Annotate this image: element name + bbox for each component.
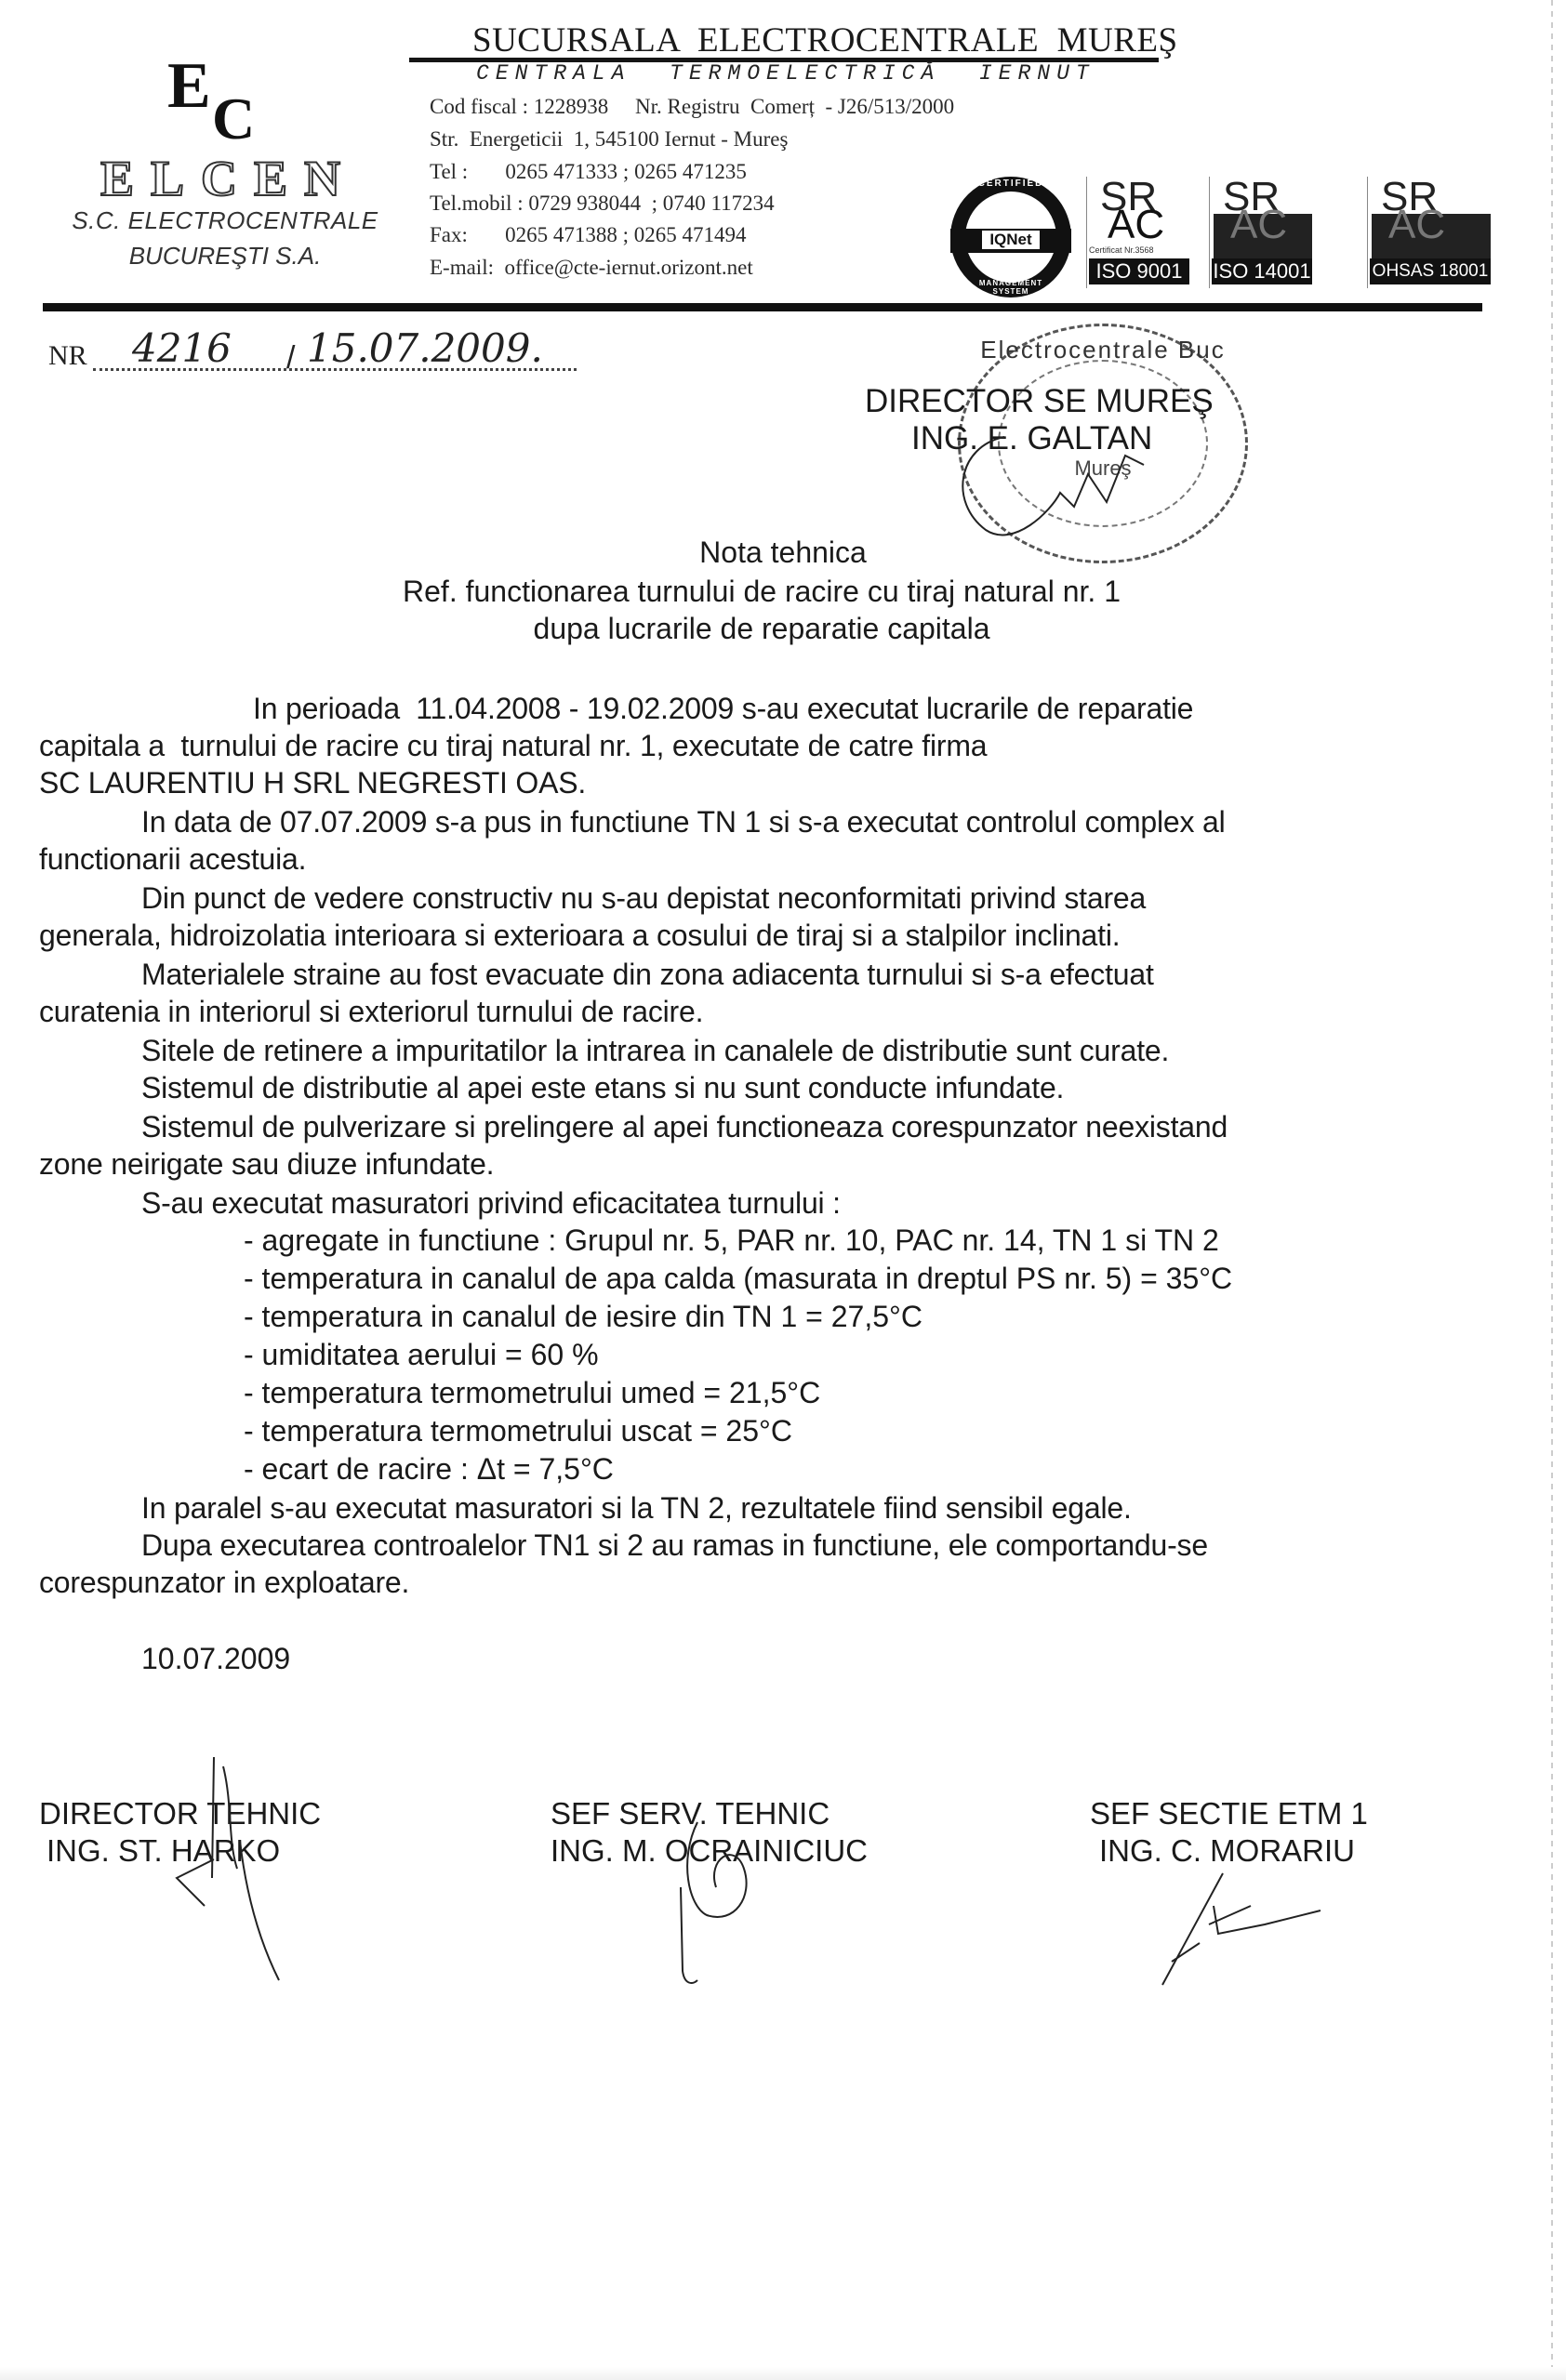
cert-number: Certificat Nr.3568: [1089, 245, 1154, 255]
paragraph-line: S-au executat masuratori privind eficaci…: [39, 1184, 1536, 1223]
cert-badge-iso14001: SR AC ISO 14001: [1209, 177, 1312, 288]
signature-morariu-icon: [1153, 1869, 1358, 1990]
paragraph-line: SC LAURENTIU H SRL NEGRESTI OAS.: [39, 764, 1434, 802]
document-subject-line2: dupa lucrarile de reparatie capitala: [0, 612, 1482, 646]
signature-harko-icon: [158, 1748, 325, 1990]
paragraph-line: curatenia in interiorul si exteriorul tu…: [39, 993, 1434, 1031]
paragraph-line: In paralel s-au executat masuratori si l…: [39, 1489, 1536, 1527]
signatory-name: ING. ST. HARKO: [46, 1833, 280, 1869]
measurement-item: - temperatura termometrului uscat = 25°C: [244, 1412, 792, 1450]
signature-ocrainiciuc-icon: [670, 1804, 781, 1990]
approver-name: ING. E. GALTAN: [911, 420, 1152, 457]
cert-badge-ohsas18001: SR AC OHSAS 18001: [1367, 177, 1491, 288]
stamp-middle-text: Mureş: [961, 456, 1245, 481]
document-title: Nota tehnica: [0, 535, 1566, 570]
measurement-item: - ecart de racire : Δt = 7,5°C: [244, 1450, 614, 1488]
scan-footer-noise: [0, 2367, 1566, 2380]
logo-letter-c: C: [212, 89, 255, 149]
cert-badge-iso9001: SR AC Certificat Nr.3568 ISO 9001: [1086, 177, 1189, 288]
contact-mobile: Tel.mobil : 0729 938044 ; 0740 117234: [430, 192, 775, 216]
registration-label: NR: [48, 340, 87, 372]
signatory-role: SEF SERV. TEHNIC: [551, 1796, 829, 1831]
signatory-role: SEF SECTIE ETM 1: [1090, 1796, 1368, 1831]
contact-address: Str. Energeticii 1, 545100 Iernut - Mure…: [430, 127, 788, 152]
paragraph-line: Sistemul de pulverizare si prelingere al…: [39, 1108, 1536, 1146]
stamp-top-text: Electrocentrale Buc: [961, 336, 1245, 364]
scan-edge: [1551, 0, 1553, 2380]
paragraph-line: Sistemul de distributie al apei este eta…: [39, 1069, 1536, 1107]
measurement-item: - temperatura in canalul de iesire din T…: [244, 1298, 922, 1336]
measurement-item: - temperatura in canalul de apa calda (m…: [244, 1260, 1232, 1298]
signatory-role: DIRECTOR TEHNIC: [39, 1796, 321, 1831]
letterhead-divider: [43, 303, 1482, 311]
registration-separator: /: [286, 340, 295, 377]
signatory-name: ING. C. MORARIU: [1099, 1833, 1355, 1869]
contact-fax: Fax: 0265 471388 ; 0265 471494: [430, 223, 747, 247]
cert-standard: ISO 9001: [1089, 258, 1189, 284]
company-name-line1: S.C. ELECTROCENTRALE: [48, 206, 402, 235]
measurement-item: - agregate in functiune : Grupul nr. 5, …: [244, 1222, 1219, 1260]
contact-phone: Tel : 0265 471333 ; 0265 471235: [430, 160, 747, 184]
seal-center-text: IQNet: [982, 231, 1040, 249]
paragraph-line: Sitele de retinere a impuritatilor la in…: [39, 1032, 1536, 1070]
paragraph-line: capitala a turnului de racire cu tiraj n…: [39, 727, 1434, 765]
contact-email[interactable]: E-mail: office@cte-iernut.orizont.net: [430, 256, 753, 280]
iqnet-certified-seal-icon: CERTIFIED IQNet MANAGEMENT SYSTEM: [950, 177, 1071, 297]
company-logo-mark: E C: [167, 54, 270, 147]
paragraph-line: zone neirigate sau diuze infundate.: [39, 1145, 1434, 1183]
registration-date: 15.07.2009.: [307, 325, 543, 371]
logo-wordmark: ELCEN: [61, 151, 396, 206]
cert-standard: ISO 14001: [1212, 258, 1312, 284]
cert-brand-bottom: AC: [1230, 205, 1287, 245]
logo-letter-e: E: [167, 54, 211, 119]
paragraph-line: In data de 07.07.2009 s-a pus in functiu…: [39, 803, 1536, 841]
seal-bottom-text: MANAGEMENT SYSTEM: [965, 279, 1056, 296]
measurement-item: - umiditatea aerului = 60 %: [244, 1336, 599, 1374]
document-subject-line1: Ref. functionarea turnului de racire cu …: [0, 575, 1482, 609]
signatory-name: ING. M. OCRAINICIUC: [551, 1833, 868, 1869]
cert-brand-bottom: AC: [1108, 205, 1164, 245]
branch-title: SUCURSALA ELECTROCENTRALE MUREŞ: [472, 20, 1178, 60]
document-date: 10.07.2009: [141, 1642, 290, 1676]
branch-subtitle: CENTRALA TERMOELECTRICĂ IERNUT: [476, 61, 1095, 86]
paragraph-line: corespunzator in exploatare.: [39, 1564, 1434, 1602]
paragraph-line: Dupa executarea controalelor TN1 si 2 au…: [39, 1527, 1536, 1565]
cert-standard: OHSAS 18001: [1370, 258, 1491, 284]
paragraph-line: generala, hidroizolatia interioara si ex…: [39, 917, 1434, 955]
paragraph-line: In perioada 11.04.2008 - 19.02.2009 s-au…: [39, 690, 1566, 728]
registration-number: 4216: [132, 325, 232, 371]
cert-brand-bottom: AC: [1388, 205, 1445, 245]
seal-top-text: CERTIFIED: [965, 178, 1056, 189]
approver-role: DIRECTOR SE MUREŞ: [865, 383, 1214, 420]
contact-fiscal: Cod fiscal : 1228938 Nr. Registru Comerț…: [430, 95, 954, 119]
company-name-line2: BUCUREŞTI S.A.: [48, 242, 402, 271]
paragraph-line: Din punct de vedere constructiv nu s-au …: [39, 879, 1536, 918]
measurement-item: - temperatura termometrului umed = 21,5°…: [244, 1374, 820, 1412]
paragraph-line: Materialele straine au fost evacuate din…: [39, 956, 1536, 994]
paragraph-line: functionarii acestuia.: [39, 840, 1434, 879]
